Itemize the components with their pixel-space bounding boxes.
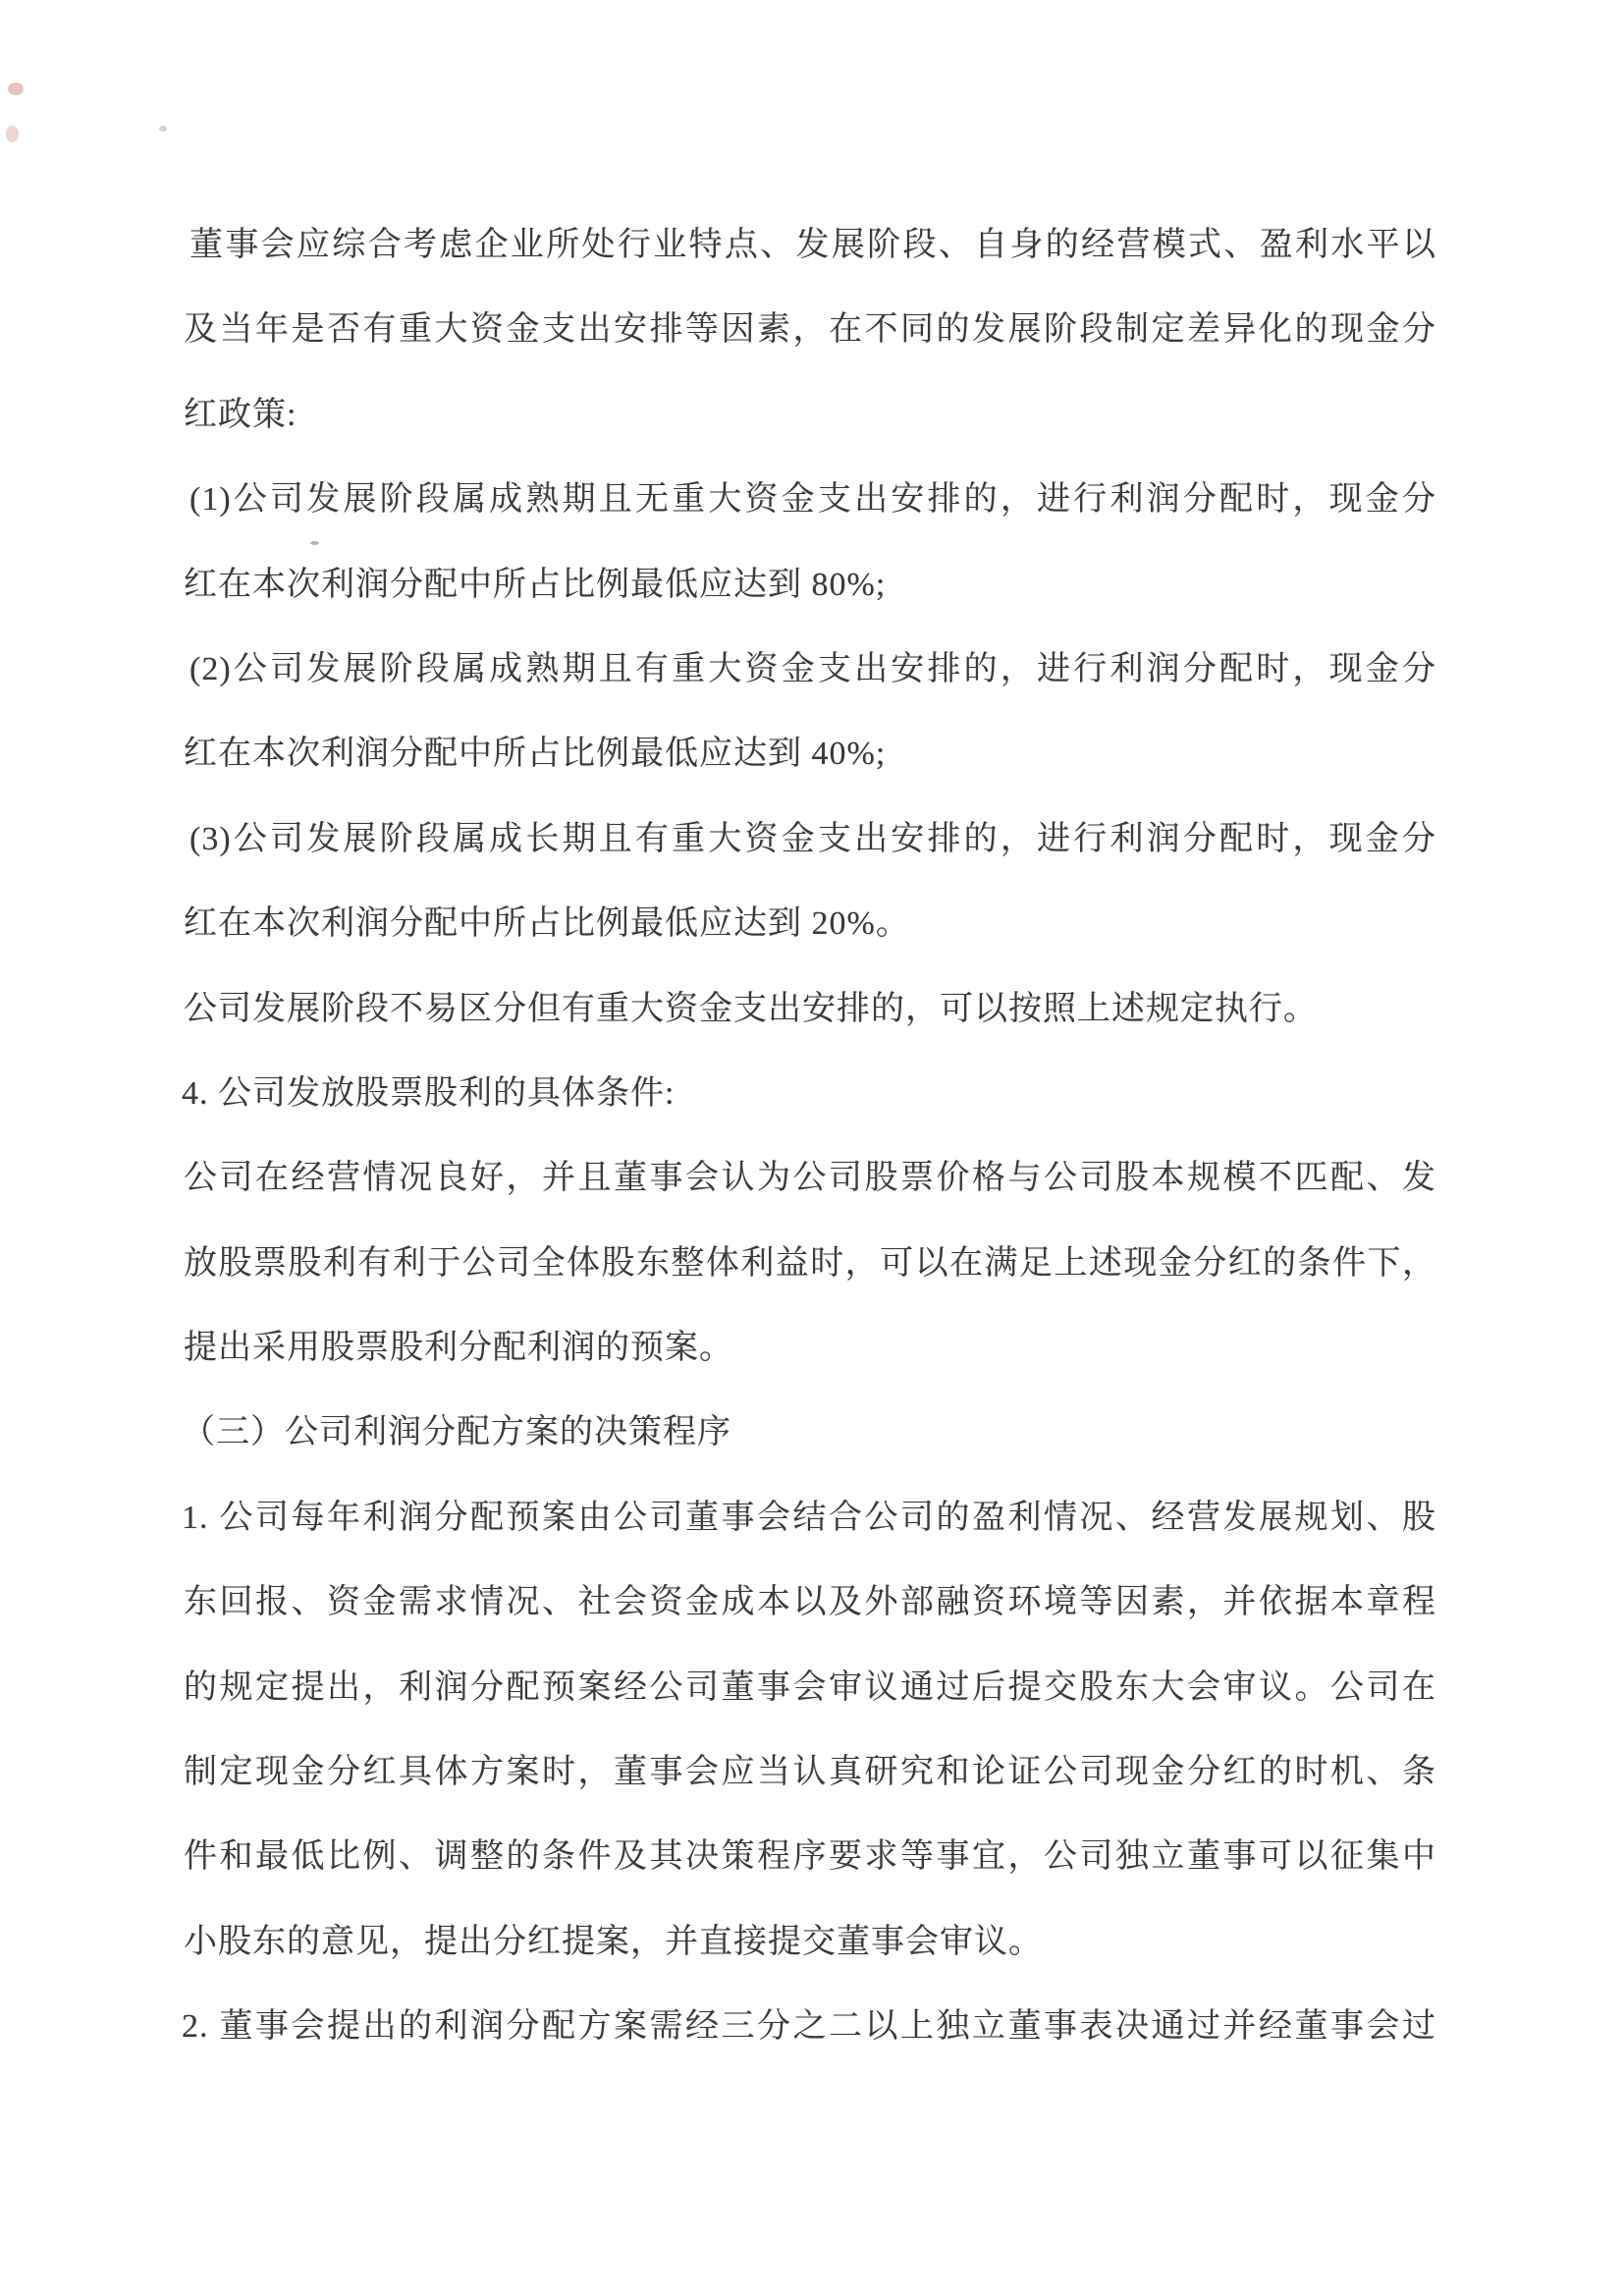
text-line: 1. 公司每年利润分配预案由公司董事会结合公司的盈利情况、经营发展规划、股 — [182, 1476, 1436, 1560]
document-text: 董事会应综合考虑企业所处行业特点、发展阶段、自身的经营模式、盈利水平以及当年是否… — [182, 203, 1436, 2070]
text-line: 小股东的意见，提出分红提案，并直接提交董事会审议。 — [182, 1900, 1436, 1985]
text-line: （三）公司利润分配方案的决策程序 — [182, 1391, 1436, 1475]
text-line: 红政策: — [182, 373, 1436, 458]
scan-speck — [6, 126, 19, 142]
text-line: (3)公司发展阶段属成长期且有重大资金支出安排的，进行利润分配时，现金分 — [182, 797, 1436, 882]
scan-speck — [8, 82, 24, 95]
text-line: 红在本次利润分配中所占比例最低应达到 40%; — [182, 712, 1436, 796]
text-line: (1)公司发展阶段属成熟期且无重大资金支出安排的，进行利润分配时，现金分 — [182, 458, 1436, 542]
text-line: 的规定提出，利润分配预案经公司董事会审议通过后提交股东大会审议。公司在 — [182, 1646, 1436, 1730]
text-line: 公司在经营情况良好，并且董事会认为公司股票价格与公司股本规模不匹配、发 — [182, 1136, 1436, 1221]
text-line: 提出采用股票股利分配利润的预案。 — [182, 1306, 1436, 1391]
text-line: 2. 董事会提出的利润分配方案需经三分之二以上独立董事表决通过并经董事会过 — [182, 1985, 1436, 2069]
text-line: 放股票股利有利于公司全体股东整体利益时，可以在满足上述现金分红的条件下， — [182, 1222, 1436, 1306]
text-line: 4. 公司发放股票股利的具体条件: — [182, 1052, 1436, 1136]
text-line: 红在本次利润分配中所占比例最低应达到 20%。 — [182, 882, 1436, 966]
text-line: 及当年是否有重大资金支出安排等因素，在不同的发展阶段制定差异化的现金分 — [182, 288, 1436, 372]
text-line: 董事会应综合考虑企业所处行业特点、发展阶段、自身的经营模式、盈利水平以 — [182, 203, 1436, 288]
text-line: 东回报、资金需求情况、社会资金成本以及外部融资环境等因素，并依据本章程 — [182, 1560, 1436, 1645]
text-line: 红在本次利润分配中所占比例最低应达到 80%; — [182, 543, 1436, 628]
text-line: (2)公司发展阶段属成熟期且有重大资金支出安排的，进行利润分配时，现金分 — [182, 628, 1436, 712]
text-line: 制定现金分红具体方案时，董事会应当认真研究和论证公司现金分红的时机、条 — [182, 1730, 1436, 1815]
scan-speck — [159, 126, 167, 132]
text-line: 公司发展阶段不易区分但有重大资金支出安排的，可以按照上述规定执行。 — [182, 967, 1436, 1052]
document-page: 董事会应综合考虑企业所处行业特点、发展阶段、自身的经营模式、盈利水平以及当年是否… — [0, 0, 1623, 2296]
text-line: 件和最低比例、调整的条件及其决策程序要求等事宜，公司独立董事可以征集中 — [182, 1815, 1436, 1899]
